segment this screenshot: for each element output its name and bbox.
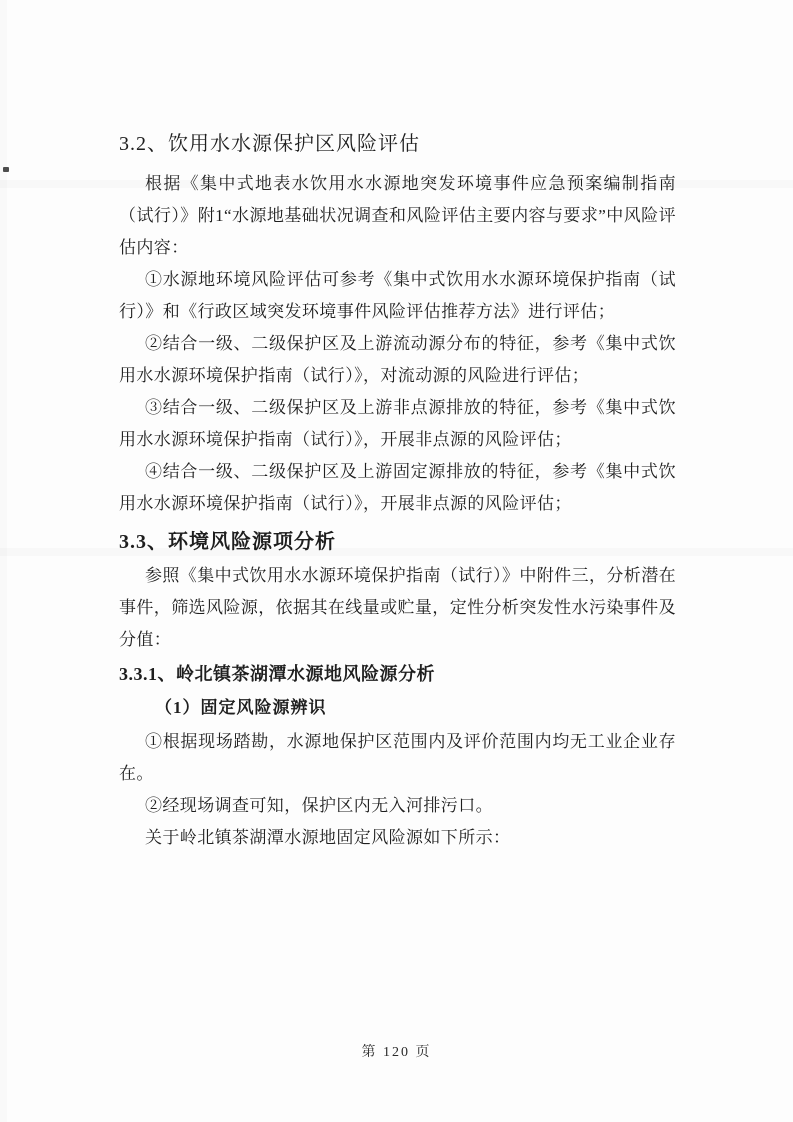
paragraph-site-survey-2: ②经现场调查可知，保护区内无入河排污口。 (119, 790, 676, 822)
paragraph-fixed-source-lead: 关于岭北镇茶湖潭水源地固定风险源如下所示： (119, 822, 676, 854)
section-heading-3-3: 3.3、环境风险源项分析 (119, 526, 676, 558)
paragraph-item-1: ①水源地环境风险评估可参考《集中式饮用水水源环境保护指南（试行）》和《行政区域突… (119, 264, 676, 328)
paragraph-guide-intro: 根据《集中式地表水饮用水水源地突发环境事件应急预案编制指南（试行）》附1“水源地… (119, 168, 676, 264)
page-content: 3.2、饮用水水源保护区风险评估 根据《集中式地表水饮用水水源地突发环境事件应急… (119, 128, 676, 854)
scan-artifact-speck (3, 167, 9, 172)
paragraph-site-survey-1: ①根据现场踏勘，水源地保护区范围内及评价范围内均无工业企业存在。 (119, 726, 676, 790)
paragraph-item-2: ②结合一级、二级保护区及上游流动源分布的特征，参考《集中式饮用水水源环境保护指南… (119, 328, 676, 392)
section-heading-3-2: 3.2、饮用水水源保护区风险评估 (119, 128, 676, 160)
subsection-heading-fixed-risk: （1）固定风险源辨识 (119, 692, 676, 724)
document-page: 3.2、饮用水水源保护区风险评估 根据《集中式地表水饮用水水源地突发环境事件应急… (0, 0, 793, 1122)
page-number: 第 120 页 (0, 1044, 793, 1062)
paragraph-item-4: ④结合一级、二级保护区及上游固定源排放的特征，参考《集中式饮用水水源环境保护指南… (119, 456, 676, 520)
paragraph-item-3: ③结合一级、二级保护区及上游非点源排放的特征，参考《集中式饮用水水源环境保护指南… (119, 392, 676, 456)
paragraph-analysis-intro: 参照《集中式饮用水水源环境保护指南（试行）》中附件三，分析潜在事件，筛选风险源，… (119, 560, 676, 656)
section-heading-3-3-1: 3.3.1、岭北镇茶湖潭水源地风险源分析 (119, 658, 676, 690)
